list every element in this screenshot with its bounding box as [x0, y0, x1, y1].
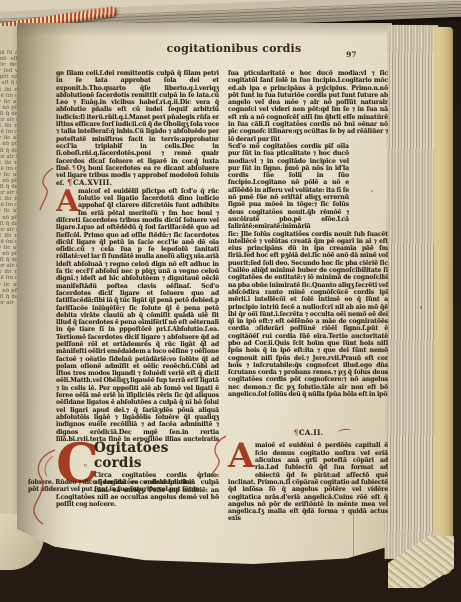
fore-edge-pages — [385, 25, 439, 559]
page-top-shade — [17, 23, 392, 37]
lombard-initial-a: A — [56, 188, 76, 216]
facing-page-text-fragment: et iā ſū ab nō eſt q̄ ſic dei cor ſed ve… — [0, 50, 18, 306]
body-text: ſic: Jlle ſolūs cogitatiões cordis nouit… — [228, 231, 388, 399]
guide-letter: c — [84, 463, 87, 469]
section-start: C Ogitatões cordis Circa cogitatões cord… — [56, 441, 219, 508]
paragraph: Amaicoſ el euidēlil pſictpo eſt ſcd'o q̄… — [56, 188, 219, 442]
body-text: ge ſilam celi.ſ.dei remittentis culpā q̄… — [56, 70, 219, 172]
margin-line: ſoluere. Rn̄deo ⁊ dico q̄ cogitatões cor… — [28, 479, 219, 486]
page-speck — [371, 190, 373, 192]
chapter-mark: CA.II. — [299, 428, 323, 437]
paragraph: ſua pticularitatē e hoc ducō modia:vl ⁊ … — [228, 70, 388, 143]
body-text: Scd'o mō cogitatões cordis pīſ oīla pur … — [228, 143, 349, 230]
chapter-two-block: ¶CA.II. Amaioē el euidēni ē perdōēs capi… — [228, 429, 388, 529]
running-header: cogitationibus cordis — [118, 42, 350, 55]
paragraph: Amaioē el euidēni ē perdōēs capituli ē ſ… — [228, 442, 388, 522]
chapter-mark-line: ¶CA.II. — [228, 429, 388, 436]
margin-overflow-lines: ſoluere. Rn̄deo ⁊ dico q̄ cogitatões cor… — [28, 479, 219, 494]
chapter-mark: CA.XVIII. — [73, 178, 112, 187]
paragraph: ge ſilam celi.ſ.dei remittentis culpā q̄… — [56, 70, 219, 188]
page-speck — [420, 306, 422, 309]
paragraph: ſic: Jlle ſolūs cogitatiões cordis nouit… — [228, 231, 388, 399]
paragraph-short-lines: Scd'o mō cogitatões cordis pīſ oīla pur … — [228, 143, 349, 231]
margin-line: pōt ɔſiderari vel put ſunt in ſua ſuturi… — [28, 486, 219, 493]
body-text: maicoſ el euidēlil pſictpo eſt ſcd'o q̄ … — [56, 188, 219, 442]
text-column-left: ge ſilam celi.ſ.dei remittentis culpā q̄… — [56, 70, 219, 442]
body-text: ſua pticularitatē e hoc ducō modia:vl ⁊ … — [228, 70, 388, 143]
pilcrow-icon: ¶ — [66, 178, 73, 188]
text-column-right: ſua pticularitatē e hoc ducō modia:vl ⁊ … — [228, 70, 388, 428]
folio-number: 97 — [346, 50, 356, 59]
lombard-initial-a: A — [228, 442, 253, 472]
book-photo: et iā ſū ab nō eſt q̄ ſic dei cor ſed ve… — [0, 0, 461, 602]
page-block-edge — [434, 27, 453, 575]
